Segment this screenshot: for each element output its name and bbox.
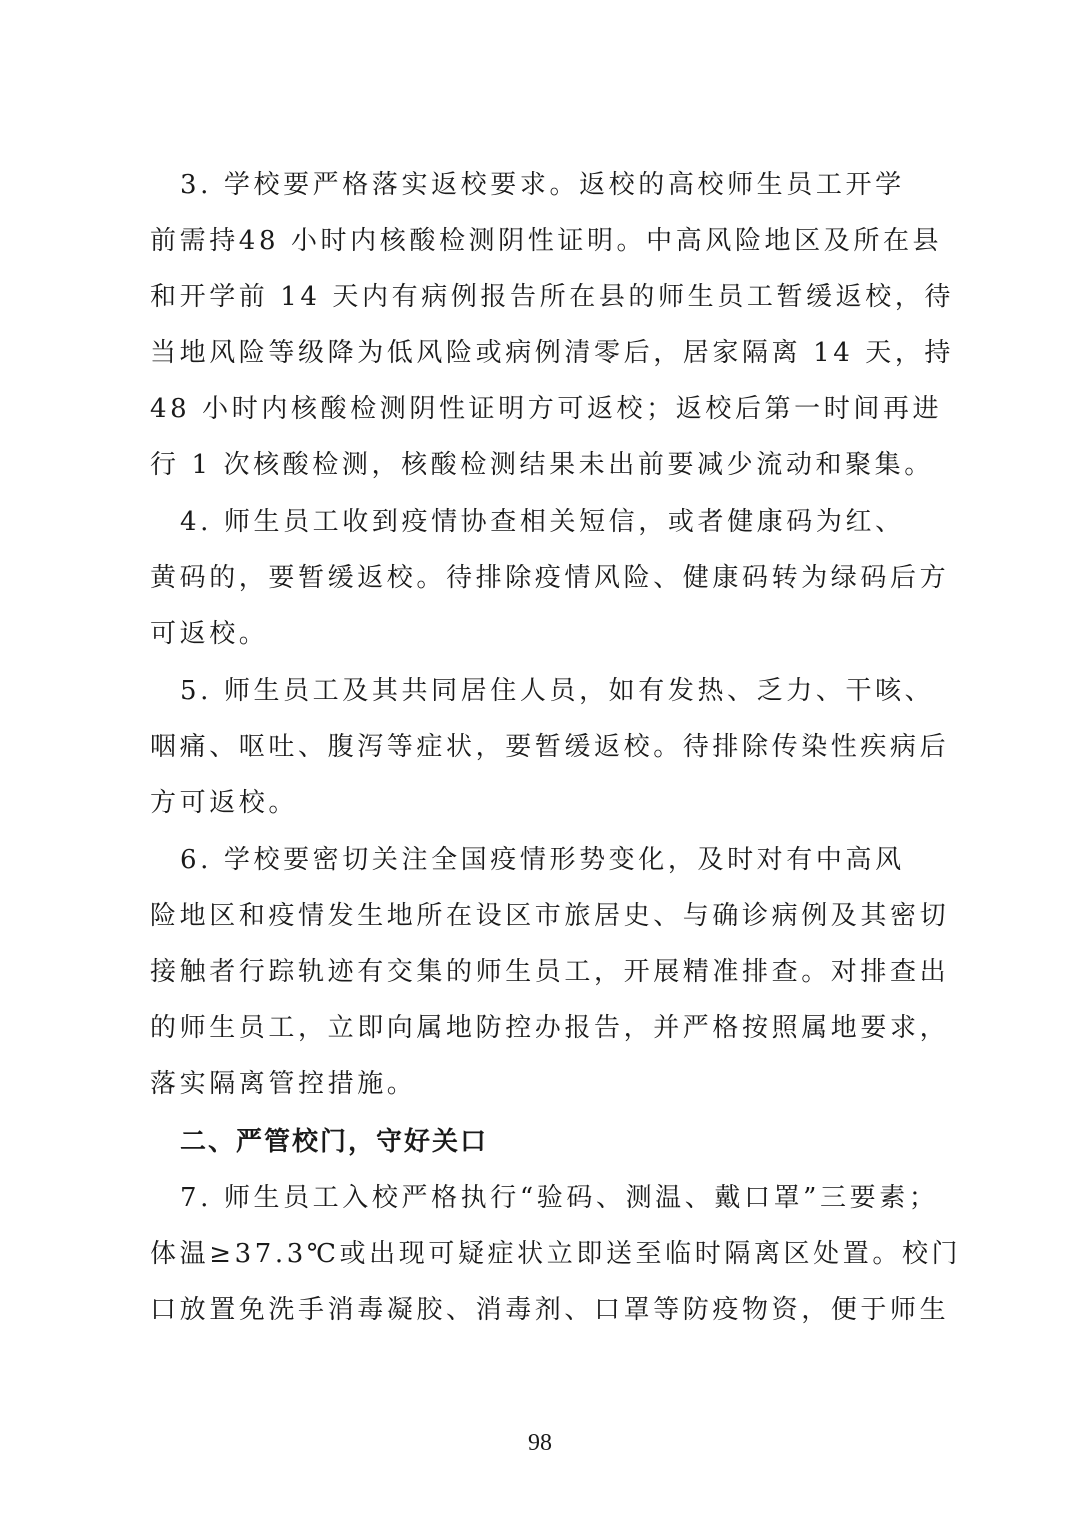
paragraph-line: 咽痛、呕吐、腹泻等症状，要暂缓返校。待排除传染性疾病后 — [150, 732, 950, 762]
paragraph-line: 4. 师生员工收到疫情协查相关短信，或者健康码为红、 — [180, 507, 980, 537]
paragraph-line: 可返校。 — [150, 619, 950, 649]
paragraph-line: 6. 学校要密切关注全国疫情形势变化，及时对有中高风 — [180, 845, 980, 875]
document-page: 3. 学校要严格落实返校要求。返校的高校师生员工开学 前需持48 小时内核酸检测… — [0, 0, 1080, 1527]
paragraph-line: 接触者行踪轨迹有交集的师生员工，开展精准排查。对排查出 — [150, 957, 950, 987]
paragraph-line: 行 1 次核酸检测，核酸检测结果未出前要减少流动和聚集。 — [150, 450, 950, 480]
paragraph-line: 体温≥37.3℃或出现可疑症状立即送至临时隔离区处置。校门 — [150, 1239, 950, 1269]
paragraph-line: 的师生员工，立即向属地防控办报告，并严格按照属地要求， — [150, 1013, 950, 1043]
paragraph-line: 3. 学校要严格落实返校要求。返校的高校师生员工开学 — [180, 170, 980, 200]
paragraph-line: 险地区和疫情发生地所在设区市旅居史、与确诊病例及其密切 — [150, 901, 950, 931]
paragraph-line: 前需持48 小时内核酸检测阴性证明。中高风险地区及所在县 — [150, 226, 950, 256]
paragraph-line: 口放置免洗手消毒凝胶、消毒剂、口罩等防疫物资，便于师生 — [150, 1295, 950, 1325]
paragraph-line: 7. 师生员工入校严格执行“验码、测温、戴口罩”三要素； — [180, 1183, 980, 1213]
page-number: 98 — [0, 1430, 1080, 1457]
paragraph-line: 方可返校。 — [150, 788, 950, 818]
paragraph-line: 落实隔离管控措施。 — [150, 1069, 950, 1099]
paragraph-line: 5. 师生员工及其共同居住人员，如有发热、乏力、干咳、 — [180, 676, 980, 706]
section-heading: 二、严管校门，守好关口 — [180, 1127, 980, 1157]
paragraph-line: 48 小时内核酸检测阴性证明方可返校；返校后第一时间再进 — [150, 394, 950, 424]
paragraph-line: 黄码的，要暂缓返校。待排除疫情风险、健康码转为绿码后方 — [150, 563, 950, 593]
paragraph-line: 和开学前 14 天内有病例报告所在县的师生员工暂缓返校，待 — [150, 282, 950, 312]
paragraph-line: 当地风险等级降为低风险或病例清零后，居家隔离 14 天，持 — [150, 338, 950, 368]
